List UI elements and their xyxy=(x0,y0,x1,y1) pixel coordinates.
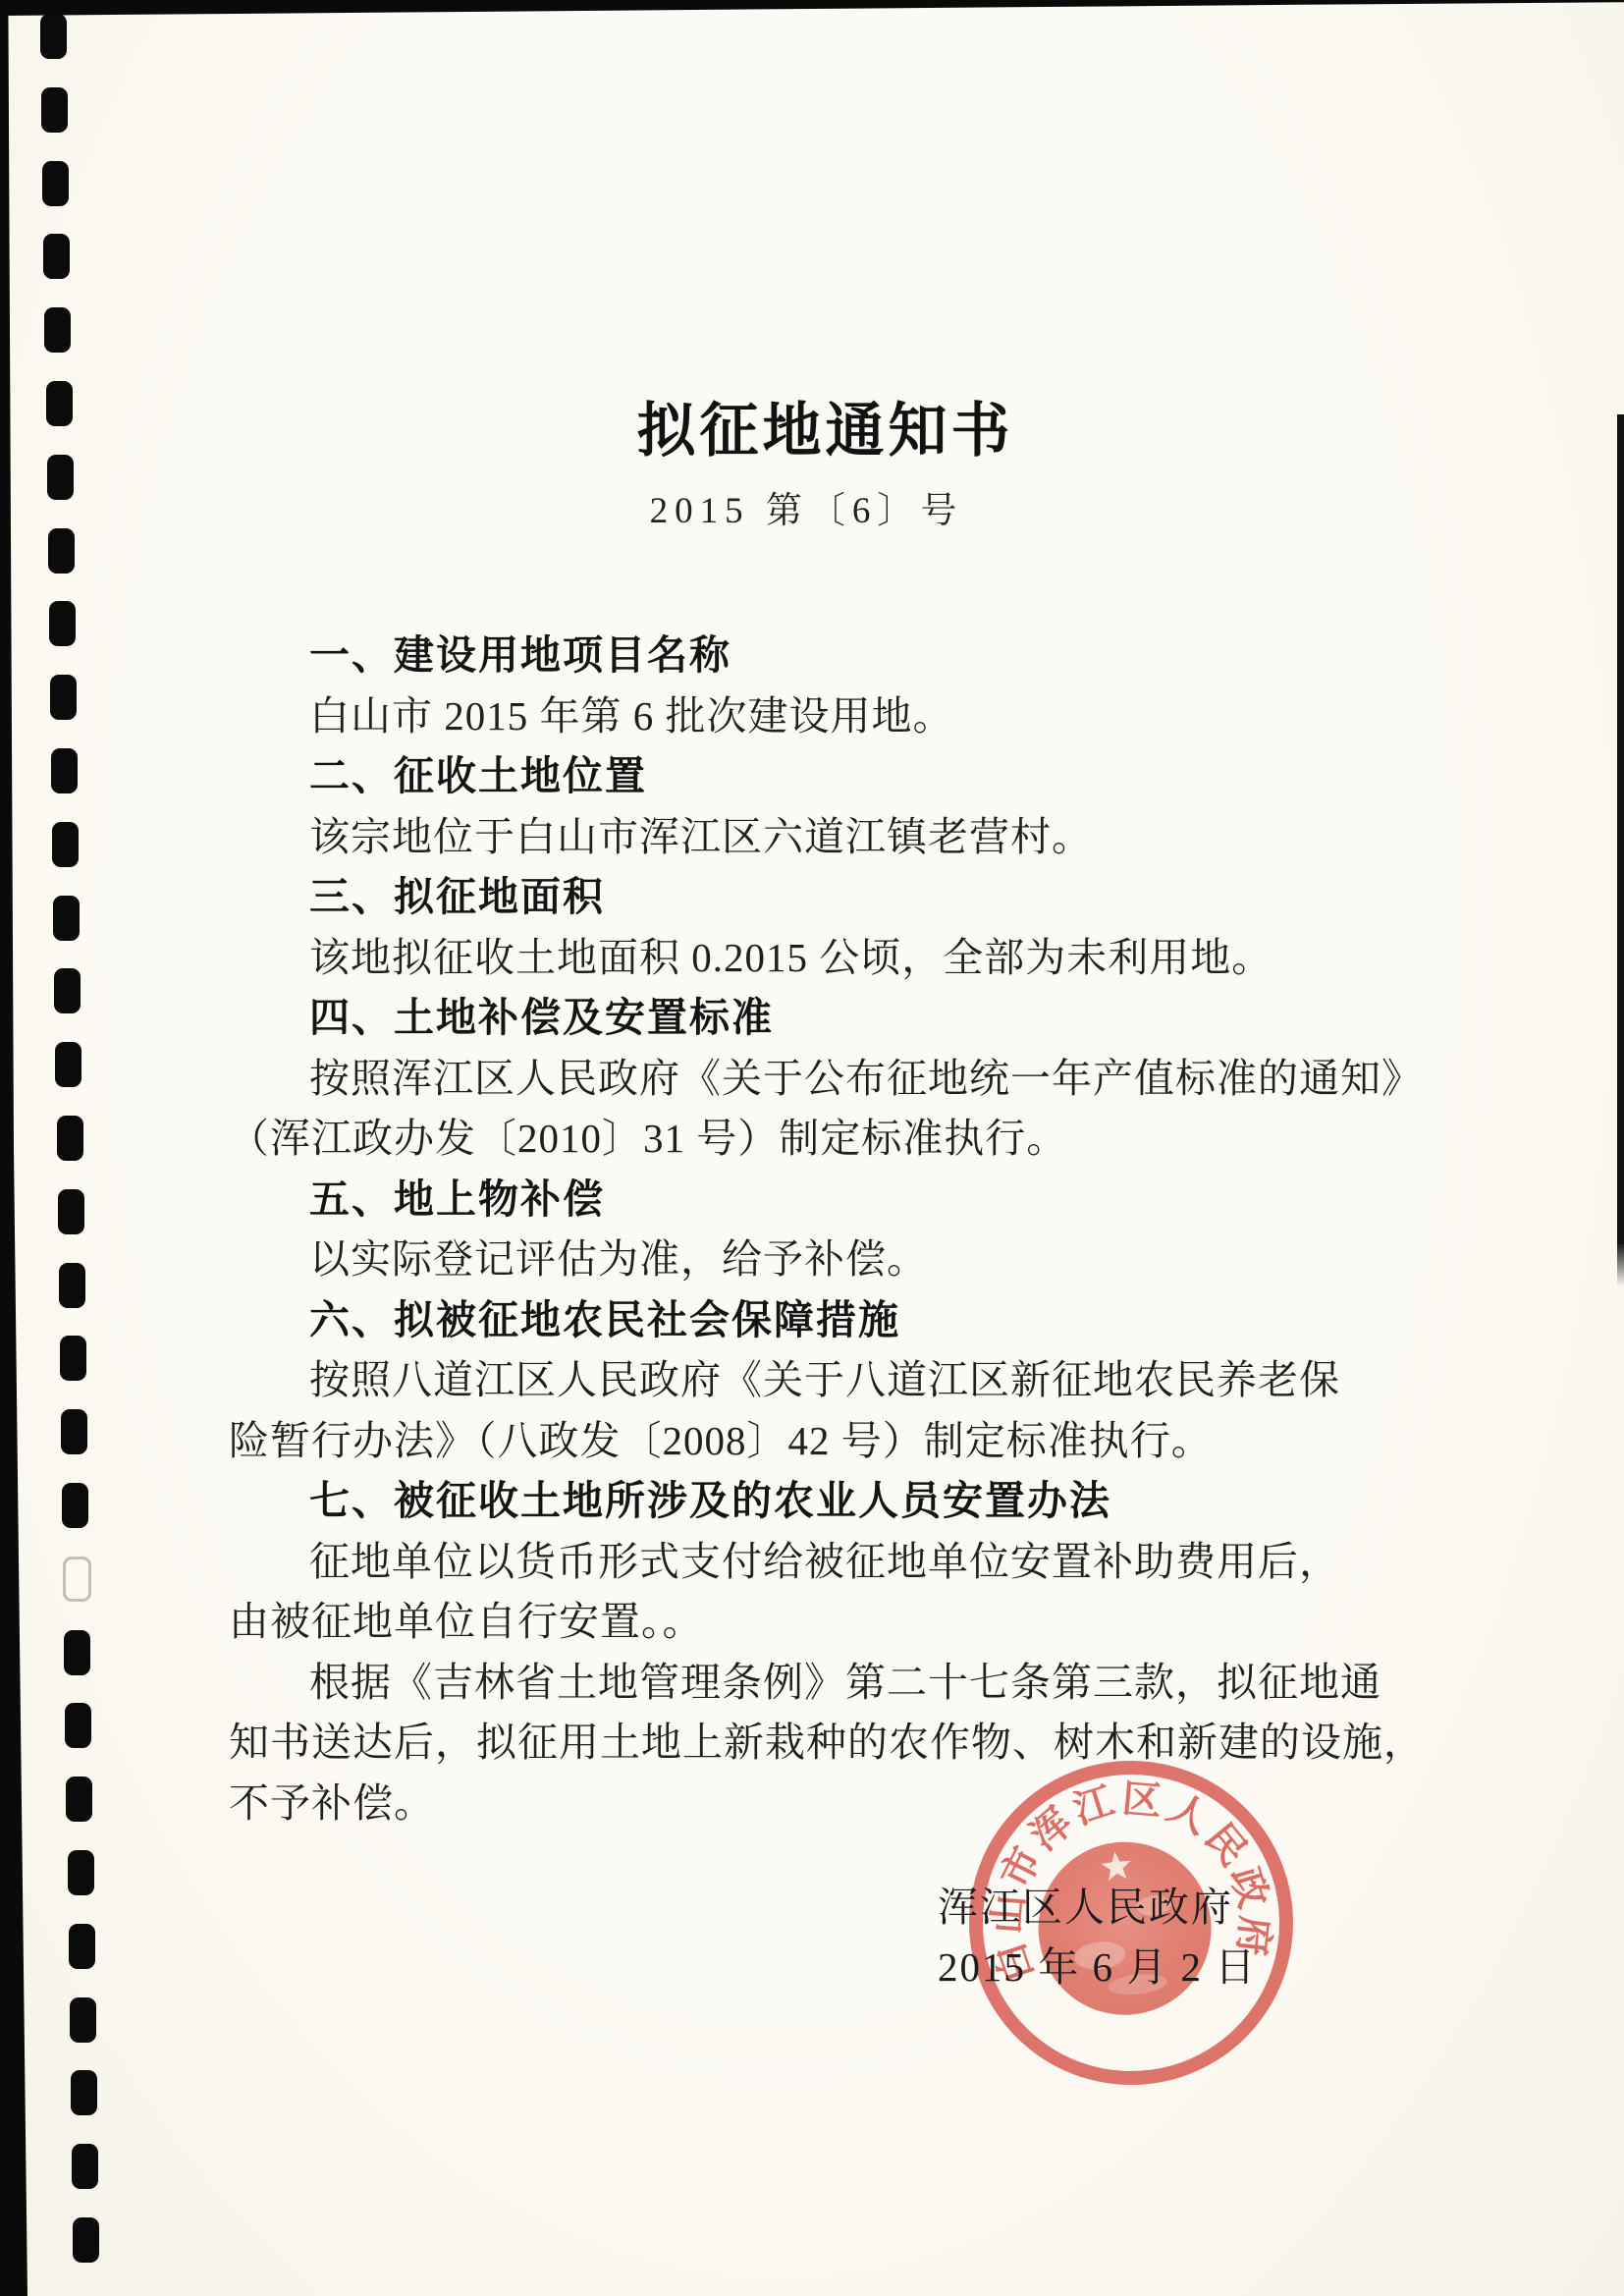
binding-hole xyxy=(57,1116,83,1161)
binding-hole xyxy=(41,87,68,133)
signature-date: 2015 年 6 月 2 日 xyxy=(938,1938,1257,1997)
section-heading: 三、拟征地面积 xyxy=(229,867,1466,928)
body-line: 由被征地单位自行安置。。 xyxy=(229,1592,1466,1653)
scanned-document-page: 拟征地通知书 2015 第〔6〕号 一、建设用地项目名称白山市 2015 年第 … xyxy=(0,0,1624,2296)
binding-hole xyxy=(64,1630,90,1675)
body-line: 根据《吉林省土地管理条例》第二十七条第三款，拟征地通 xyxy=(229,1653,1466,1714)
binding-hole xyxy=(42,161,69,206)
scan-edge-top xyxy=(0,0,1624,16)
binding-hole xyxy=(52,822,79,867)
body-line: 征地单位以货币形式支付给被征地单位安置补助费用后， xyxy=(229,1532,1466,1593)
body-line: 按照八道江区人民政府《关于八道江区新征地农民养老保 xyxy=(229,1350,1466,1411)
binding-hole xyxy=(60,1336,86,1381)
binding-hole xyxy=(48,528,75,574)
binding-hole xyxy=(71,2070,97,2115)
body-line: 按照浑江区人民政府《关于公布征地统一年产值标准的通知》 xyxy=(229,1049,1466,1110)
body-line: （浑江政办发〔2010〕31 号）制定标准执行。 xyxy=(229,1109,1466,1170)
document-title: 拟征地通知书 xyxy=(229,384,1443,468)
section-heading: 一、建设用地项目名称 xyxy=(229,626,1466,686)
binding-hole xyxy=(50,675,77,720)
binding-hole xyxy=(69,1924,95,1969)
binding-hole xyxy=(61,1409,87,1454)
binding-hole xyxy=(44,307,71,353)
binding-hole xyxy=(40,14,67,59)
section-heading: 四、土地补偿及安置标准 xyxy=(229,988,1466,1049)
binding-hole-empty xyxy=(63,1557,91,1602)
document-number: 2015 第〔6〕号 xyxy=(229,480,1443,533)
document-body: 一、建设用地项目名称白山市 2015 年第 6 批次建设用地。二、征收土地位置该… xyxy=(229,626,1466,1833)
body-line: 以实际登记评估为准，给予补偿。 xyxy=(229,1230,1466,1290)
body-line: 该宗地位于白山市浑江区六道江镇老营村。 xyxy=(229,807,1466,868)
binding-hole xyxy=(43,234,70,279)
binding-hole xyxy=(55,1042,81,1087)
binding-hole xyxy=(62,1483,88,1528)
binding-hole xyxy=(58,1189,84,1234)
binding-hole xyxy=(54,968,81,1013)
binding-hole xyxy=(73,2217,99,2263)
binding-hole xyxy=(49,601,76,646)
scan-edge-right xyxy=(1617,414,1624,1286)
binding-hole xyxy=(47,455,74,500)
binding-hole xyxy=(46,381,73,426)
section-heading: 二、征收土地位置 xyxy=(229,746,1466,807)
binding-hole xyxy=(51,748,78,793)
binding-hole xyxy=(53,896,80,941)
binding-hole xyxy=(65,1703,91,1748)
section-heading: 五、地上物补偿 xyxy=(229,1170,1466,1230)
section-heading: 六、拟被征地农民社会保障措施 xyxy=(229,1290,1466,1351)
binding-hole xyxy=(70,1997,96,2043)
body-line: 白山市 2015 年第 6 批次建设用地。 xyxy=(229,686,1466,747)
section-heading: 七、被征收土地所涉及的农业人员安置办法 xyxy=(229,1471,1466,1532)
scan-edge-left xyxy=(0,0,27,2296)
body-line: 该地拟征收土地面积 0.2015 公顷，全部为未利用地。 xyxy=(229,928,1466,989)
binding-hole xyxy=(66,1777,92,1822)
binding-hole xyxy=(68,1850,94,1895)
binding-hole xyxy=(72,2144,98,2189)
body-line: 险暂行办法》（八政发〔2008〕42 号）制定标准执行。 xyxy=(229,1411,1466,1472)
signature-issuer: 浑江区人民政府 xyxy=(938,1878,1257,1938)
signature-block: 浑江区人民政府 2015 年 6 月 2 日 xyxy=(938,1878,1257,1997)
binding-hole xyxy=(59,1263,85,1308)
